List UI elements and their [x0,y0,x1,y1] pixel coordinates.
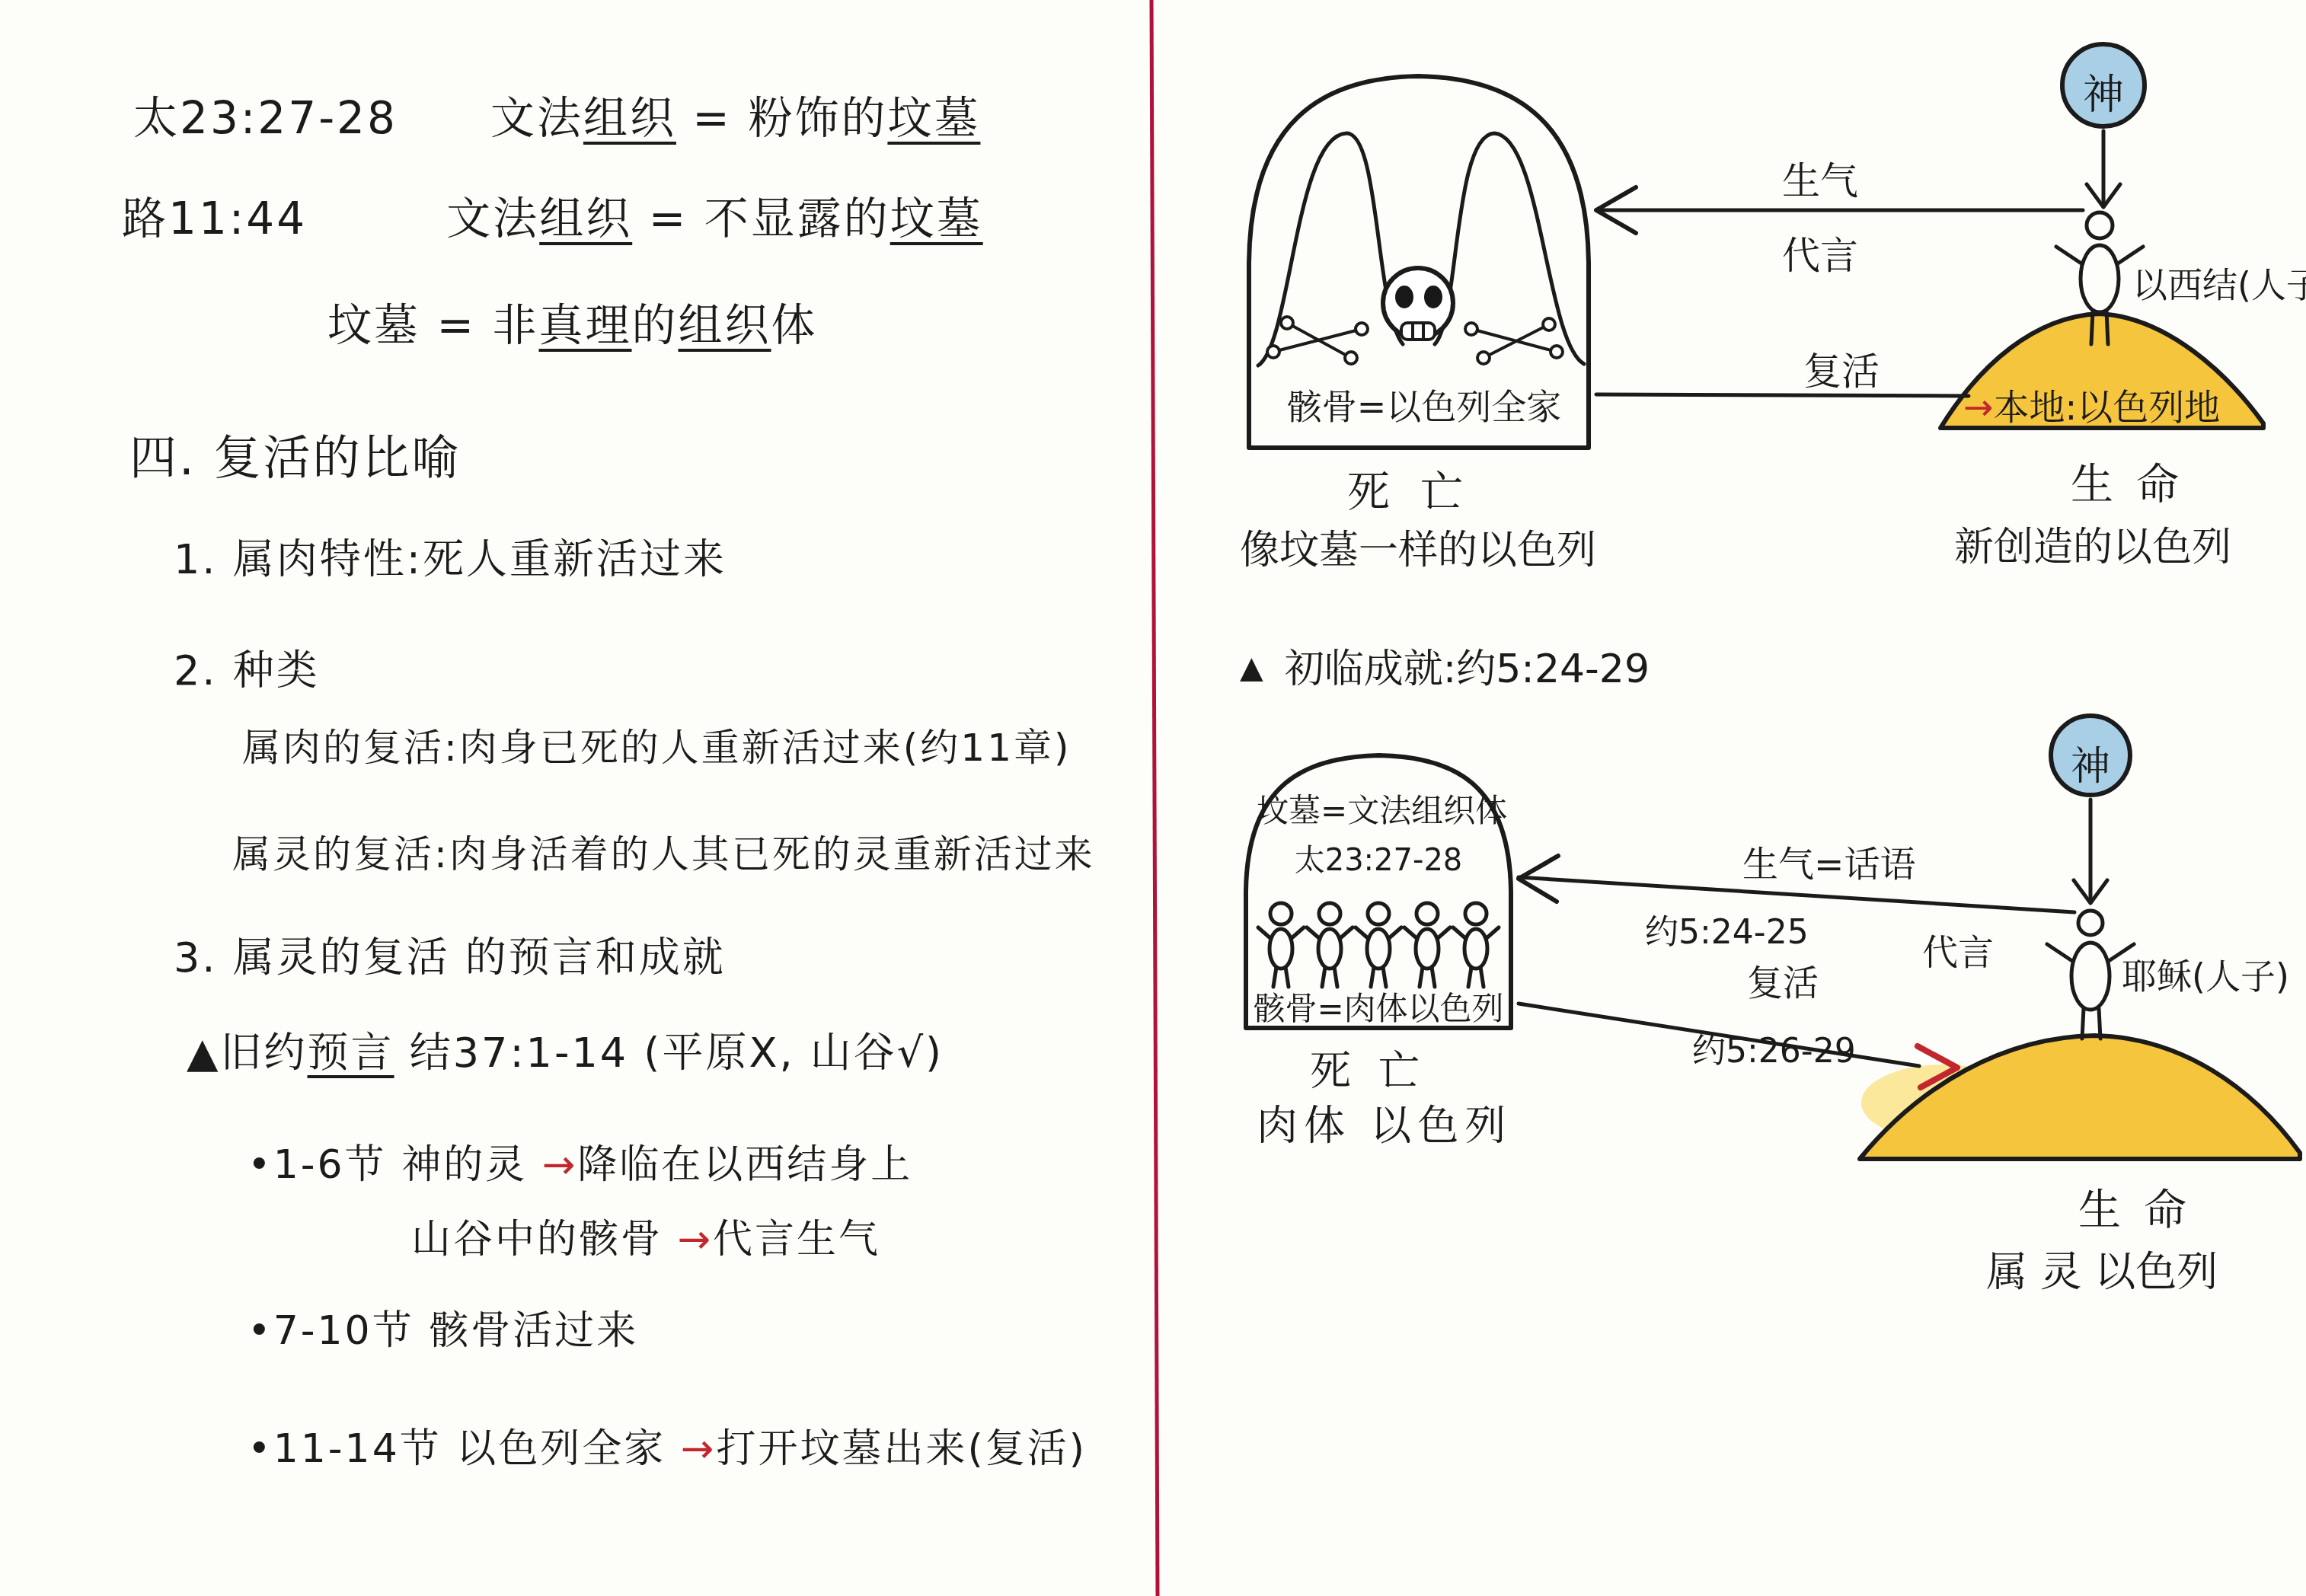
note-line: •7-10节 骸骨活过来 [248,1298,638,1355]
bottom-arrow1-label-above: 生气=话语 [1742,836,1915,887]
note-line: 3. 属灵的复活 的预言和成就 [174,925,726,984]
bottom-arrow1-label-below-left: 约5:24-25 [1645,905,1809,953]
bottom-tomb-caption: 肉体 以色列 [1257,1093,1512,1152]
bottom-death-label: 死亡 [1287,1039,1470,1097]
note-line: 山谷中的骸骨 →代言生气 [411,1207,880,1264]
note-line: 太23:27-28 文法组织 = 粉饰的坟墓 [133,82,980,146]
bottom-arrow2-label-below: 约5:26-29 [1692,1023,1856,1072]
note-line: 属肉的复活:肉身已死的人重新活过来(约11章) [242,717,1071,772]
text-segment: 预言 [308,1029,394,1077]
top-mound-text: →本地:以色列地 [1963,379,2220,430]
ezekiel-label: 以西结(人子) [2132,257,2306,308]
note-line: •1-6节 神的灵 →降临在以西结身上 [248,1132,912,1189]
note-line: ▲旧约预言 结37:1-14 (平原X, 山谷√) [187,1020,944,1079]
top-arrow2-label: 复活 [1803,341,1880,396]
note-line: 路11:44 文法组织 = 不显露的坟墓 [122,183,983,247]
text-segment [398,92,490,144]
god-label: 神 [2050,734,2131,791]
top-arrow1-label-below: 代言 [1782,225,1858,280]
text-segment: = 不显露的 [632,193,890,244]
text-segment: 真理 [538,299,631,351]
text-segment: 本地:以色列地 [1993,387,2220,429]
red-arrow-icon: → [681,1426,717,1472]
bottom-tomb-label: 骸骨=肉体以色列 [1250,984,1506,1029]
text-segment: 旧约 [221,1029,308,1077]
bottom-life-caption: 属 灵 以色列 [1986,1240,2218,1298]
middle-note: ▲初临成就:约5:24-29 [1240,637,1650,694]
red-arrow-icon: → [1963,387,1993,429]
text-segment: 体 [771,299,818,351]
text-segment: 2. 种类 [174,646,320,694]
text-segment: ▲ [187,1029,221,1077]
text-segment: 组织 [679,299,771,351]
note-line: •11-14节 以色列全家 →打开坟墓出来(复活) [248,1416,1087,1473]
text-segment: 3. 属灵的复活 的预言和成就 [174,934,726,982]
text-segment: 初临成就:约5:24-29 [1285,646,1650,692]
note-heading: 四. 复活的比喻 [129,420,461,488]
top-arrow-resurrection [1596,394,1969,396]
text-segment: 打开坟墓出来(复活) [716,1426,1087,1472]
text-segment: 属灵的复活:肉身活着的人其已死的灵重新活过来 [232,832,1095,876]
skull-icon [1383,268,1453,340]
red-arrow-icon: → [678,1217,714,1262]
bottom-life-label: 生命 [2056,1176,2231,1237]
text-segment: 降临在以西结身上 [577,1142,912,1188]
text-segment: 结37:1-14 (平原X, 山谷√) [394,1029,944,1077]
jesus-figure [2047,911,2134,1039]
bottom-arrow2-label: 复活 [1747,955,1819,1006]
top-tomb-label: 骸骨=以色列全家 [1260,379,1589,429]
text-segment: = 粉饰的 [676,92,887,144]
text-segment: 太23:27-28 [133,92,398,144]
jesus-label: 耶稣(人子) [2122,949,2289,999]
text-segment: 四. 复活的比喻 [129,430,461,486]
bottom-arrow1-label-below-right: 代言 [1922,924,1994,975]
top-life-caption: 新创造的以色列 [1954,515,2231,572]
note-line: 1. 属肉特性:死人重新活过来 [174,527,727,586]
text-segment: •11-14节 以色列全家 [248,1426,681,1472]
text-segment: 坟墓 [890,193,983,244]
red-divider-line [1151,0,1158,1596]
note-line: 属灵的复活:肉身活着的人其已死的灵重新活过来 [232,824,1095,879]
scanned-notes-page: 太23:27-28 文法组织 = 粉饰的坟墓 路11:44 文法组织 = 不显露… [0,0,2306,1596]
text-segment: 的 [632,299,679,351]
red-arrow-icon: → [542,1142,578,1188]
note-line: 坟墓 = 非真理的组织体 [327,289,818,353]
bottom-tomb-line1: 坟墓=文法组织体 [1257,786,1500,832]
top-arrow1-label-above: 生气 [1782,151,1858,206]
text-segment: •7-10节 骸骨活过来 [248,1308,638,1354]
text-segment: 属肉的复活:肉身已死的人重新活过来(约11章) [242,726,1071,770]
text-segment: 文法 [490,92,583,144]
god-label: 神 [2062,62,2145,121]
note-line: 2. 种类 [174,638,320,697]
text-segment: 坟墓 [887,92,980,144]
text-segment: 组织 [539,193,632,244]
text-segment: 文法 [446,193,539,244]
text-segment: 路11:44 [122,193,307,244]
text-segment: 山谷中的骸骨 [411,1217,678,1262]
text-segment: 组织 [583,92,676,144]
text-segment [307,193,446,244]
top-tomb-caption: 像坟墓一样的以色列 [1240,518,1596,575]
text-segment: 1. 属肉特性:死人重新活过来 [174,535,727,583]
bottom-tomb-line2: 太23:27-28 [1257,836,1500,879]
top-death-label: 死亡 [1295,458,1546,519]
top-life-label: 生命 [2049,451,2224,512]
text-segment: 坟墓 = 非 [327,299,538,351]
triangle-bullet-icon: ▲ [1240,650,1263,685]
text-segment: 代言生气 [713,1217,880,1262]
text-segment: •1-6节 神的灵 [248,1142,542,1188]
